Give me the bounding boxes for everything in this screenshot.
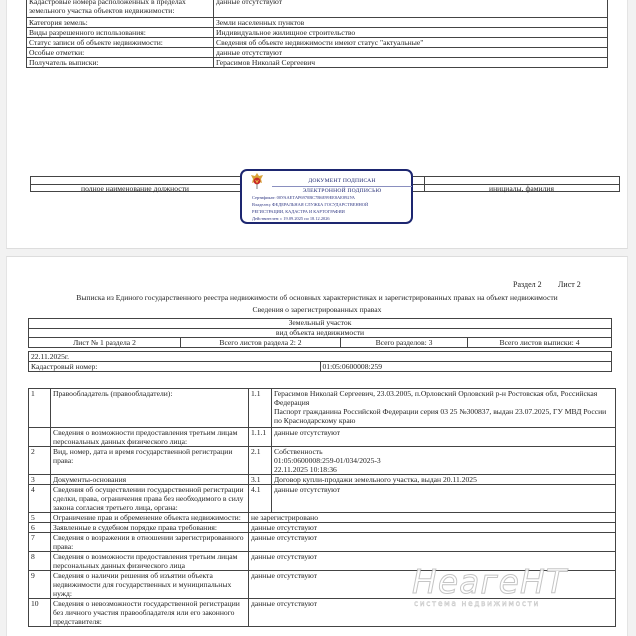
row-label: Сведения об осуществлении государственно… <box>51 485 249 513</box>
table-row: 6 Заявленные в судебном порядке права тр… <box>29 523 616 533</box>
sheet-counts-table: Лист № 1 раздела 2 Всего листов раздела … <box>28 337 612 348</box>
section-number: Раздел 2 <box>513 280 542 289</box>
stamp-owner-cont: РЕГИСТРАЦИИ, КАДАСТРА И КАРТОГРАФИИ <box>252 209 345 214</box>
row-value: данные отсутствуют <box>249 533 616 552</box>
name-caption: инициалы, фамилия <box>423 184 620 193</box>
row-value: Договор купли-продажи земельного участка… <box>272 475 616 485</box>
table-row: 4 Сведения об осуществлении государствен… <box>29 485 616 513</box>
row-label: Документы-основания <box>51 475 249 485</box>
table-row: Особые отметки: данные отсутствуют <box>27 48 608 58</box>
date-cadastral-table: 22.11.2025г. Кадастровый номер: 01:05:06… <box>28 351 612 372</box>
table-row: Кадастровые номера расположенных в преде… <box>27 0 608 18</box>
sheet-of-section: Лист № 1 раздела 2 <box>29 338 181 348</box>
table-row: 5 Ограничение прав и обременение объекта… <box>29 513 616 523</box>
property-label: Особые отметки: <box>27 48 214 58</box>
sheet-number: Лист 2 <box>558 280 581 289</box>
table-row: Виды разрешенного использования: Индивид… <box>27 28 608 38</box>
table-row: 2 Вид, номер, дата и время государственн… <box>29 447 616 475</box>
land-properties-table: Кадастровые номера расположенных в преде… <box>26 0 608 68</box>
document-title: Выписка из Единого государственного реес… <box>7 293 627 302</box>
row-subnumber: 1.1 <box>249 389 272 428</box>
registration-datetime: 22.11.2025 10:18:36 <box>274 465 613 474</box>
row-value: данные отсутствуют <box>249 552 616 571</box>
object-type: Земельный участок <box>29 319 612 329</box>
owner-passport: Паспорт гражданина Российской Федерации … <box>274 407 613 425</box>
property-label: Виды разрешенного использования: <box>27 28 214 38</box>
document-page-1: Кадастровые номера расположенных в преде… <box>6 0 628 249</box>
registration-number: 01:05:0600008:259-01/034/2025-3 <box>274 456 613 465</box>
property-value: Индивидуальное жилищное строительство <box>214 28 608 38</box>
row-number: 4 <box>29 485 51 513</box>
property-value: Земли населенных пунктов <box>214 18 608 28</box>
total-sheets: Всего листов выписки: 4 <box>468 338 612 348</box>
row-value: Собственность 01:05:0600008:259-01/034/2… <box>272 447 616 475</box>
position-caption: полное наименование должности <box>30 184 240 193</box>
row-number: 5 <box>29 513 51 523</box>
right-type: Собственность <box>274 447 613 456</box>
row-value: Герасимов Николай Сергеевич, 23.03.2005,… <box>272 389 616 428</box>
row-label: Сведения о наличии решения об изъятии об… <box>51 571 249 599</box>
table-row: Категория земель: Земли населенных пункт… <box>27 18 608 28</box>
row-subnumber: 4.1 <box>249 485 272 513</box>
row-number: 7 <box>29 533 51 552</box>
property-label: Категория земель: <box>27 18 214 28</box>
row-number: 8 <box>29 552 51 571</box>
table-row: 9 Сведения о наличии решения об изъятии … <box>29 571 616 599</box>
stamp-title: ДОКУМЕНТ ПОДПИСАН <box>272 178 412 184</box>
row-label: Ограничение прав и обременение объекта н… <box>51 513 249 523</box>
property-label: Статус записи об объекте недвижимости: <box>27 38 214 48</box>
table-row: Сведения о возможности предоставления тр… <box>29 428 616 447</box>
row-value: не зарегистрировано <box>249 513 616 523</box>
property-value: данные отсутствуют <box>214 0 608 18</box>
document-subtitle: Сведения о зарегистрированных правах <box>7 305 627 314</box>
row-label: Сведения о возможности предоставления тр… <box>51 428 249 447</box>
document-page-2: Раздел 2 Лист 2 Выписка из Единого госуд… <box>6 256 628 636</box>
table-row: 1 Правообладатель (правообладатели): 1.1… <box>29 389 616 428</box>
row-label: Заявленные в судебном порядке права треб… <box>51 523 249 533</box>
stamp-certificate: Сертификат: 00УААЕТАР6970ВС7В6Е99ЕЕ8АЕ89… <box>252 195 355 200</box>
row-label: Правообладатель (правообладатели): <box>51 389 249 428</box>
property-label: Кадастровые номера расположенных в преде… <box>27 0 214 18</box>
registered-rights-table: 1 Правообладатель (правообладатели): 1.1… <box>28 388 616 627</box>
row-subnumber: 2.1 <box>249 447 272 475</box>
table-row: 8 Сведения о возможности предоставления … <box>29 552 616 571</box>
row-subnumber: 3.1 <box>249 475 272 485</box>
property-value: данные отсутствуют <box>214 48 608 58</box>
electronic-signature-stamp: ДОКУМЕНТ ПОДПИСАН ЭЛЕКТРОННОЙ ПОДПИСЬЮ С… <box>240 169 413 224</box>
row-number: 3 <box>29 475 51 485</box>
stamp-subtitle: ЭЛЕКТРОННОЙ ПОДПИСЬЮ <box>272 186 412 194</box>
total-sections: Всего разделов: 3 <box>341 338 468 348</box>
row-value: данные отсутствуют <box>272 428 616 447</box>
row-value: данные отсутствуют <box>249 523 616 533</box>
table-row: 10 Сведения о невозможности государствен… <box>29 599 616 627</box>
property-value: Герасимов Николай Сергеевич <box>214 58 608 68</box>
stamp-owner: Владелец: ФЕДЕРАЛЬНАЯ СЛУЖБА ГОСУДАРСТВЕ… <box>252 202 368 207</box>
table-row: Статус записи об объекте недвижимости: С… <box>27 38 608 48</box>
cadastral-number: 01:05:0600008:259 <box>320 362 612 372</box>
extract-date: 22.11.2025г. <box>29 352 612 362</box>
object-type-table: Земельный участок вид объекта недвижимос… <box>28 318 612 338</box>
row-number: 9 <box>29 571 51 599</box>
rosreestr-emblem-icon <box>250 172 264 190</box>
property-label: Получатель выписки: <box>27 58 214 68</box>
row-value: данные отсутствуют <box>249 571 616 599</box>
table-row: 3 Документы-основания 3.1 Договор купли-… <box>29 475 616 485</box>
row-label: Вид, номер, дата и время государственной… <box>51 447 249 475</box>
row-subnumber: 1.1.1 <box>249 428 272 447</box>
row-label: Сведения о возражении в отношении зареги… <box>51 533 249 552</box>
row-number: 1 <box>29 389 51 428</box>
row-label: Сведения о возможности предоставления тр… <box>51 552 249 571</box>
sheets-in-section: Всего листов раздела 2: 2 <box>181 338 341 348</box>
row-number: 2 <box>29 447 51 475</box>
table-row: 7 Сведения о возражении в отношении заре… <box>29 533 616 552</box>
property-value: Сведения об объекте недвижимости имеют с… <box>214 38 608 48</box>
table-row: Получатель выписки: Герасимов Николай Се… <box>27 58 608 68</box>
row-value: данные отсутствуют <box>272 485 616 513</box>
row-number: 6 <box>29 523 51 533</box>
row-label: Сведения о невозможности государственной… <box>51 599 249 627</box>
row-number: 10 <box>29 599 51 627</box>
row-value: данные отсутствуют <box>249 599 616 627</box>
stamp-validity: Действителен: с 19.09.2025 по 18.12.2026 <box>252 216 330 221</box>
owner-name: Герасимов Николай Сергеевич, 23.03.2005,… <box>274 389 613 407</box>
row-number <box>29 428 51 447</box>
cadastral-number-label: Кадастровый номер: <box>29 362 321 372</box>
